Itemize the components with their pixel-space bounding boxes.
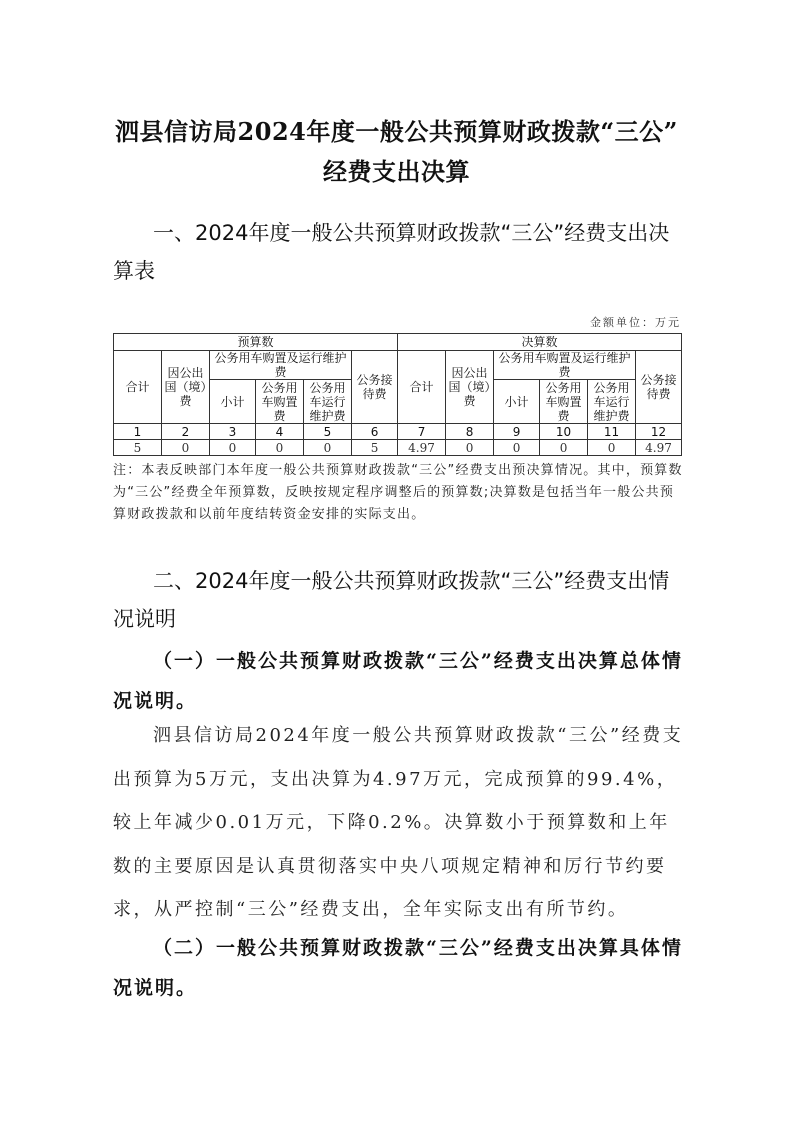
index-cell: 6 (352, 424, 398, 440)
final-vehicle-purchase-header: 公务用车购置费 (540, 380, 588, 424)
value-cell: 4.97 (398, 440, 446, 456)
final-abroad-header: 因公出国（境）费 (446, 351, 494, 424)
table-note: 注：本表反映部门本年度一般公共预算财政拨款“三公”经费支出预决算情况。其中，预算… (113, 460, 685, 526)
final-total-header: 合计 (398, 351, 446, 424)
value-cell: 5 (114, 440, 162, 456)
three-public-expense-table: 预算数 决算数 合计 因公出国（境）费 公务用车购置及运行维护费 公务接待费 合… (113, 333, 682, 456)
index-cell: 10 (540, 424, 588, 440)
budget-vehicle-purchase-header: 公务用车购置费 (256, 380, 304, 424)
final-group-header: 决算数 (398, 334, 682, 351)
index-cell: 8 (446, 424, 494, 440)
final-reception-header: 公务接待费 (636, 351, 682, 424)
index-cell: 4 (256, 424, 304, 440)
value-row: 5 0 0 0 0 5 4.97 0 0 0 0 4.97 (114, 440, 682, 456)
document-title-line1: 泗县信访局2024年度一般公共预算财政拨款“三公” (0, 112, 793, 147)
index-cell: 5 (304, 424, 352, 440)
subsection2-heading: （二）一般公共预算财政拨款“三公”经费支出决算具体情况说明。 (113, 928, 685, 1008)
index-cell: 11 (588, 424, 636, 440)
value-cell: 5 (352, 440, 398, 456)
budget-reception-header: 公务接待费 (352, 351, 398, 424)
budget-total-header: 合计 (114, 351, 162, 424)
final-vehicle-group-header: 公务用车购置及运行维护费 (494, 351, 636, 380)
budget-vehicle-group-header: 公务用车购置及运行维护费 (210, 351, 352, 380)
index-cell: 9 (494, 424, 540, 440)
index-cell: 12 (636, 424, 682, 440)
value-cell: 4.97 (636, 440, 682, 456)
section2-heading: 二、2024年度一般公共预算财政拨款“三公”经费支出情况说明 (113, 562, 685, 638)
subsection1-body: 泗县信访局2024年度一般公共预算财政拨款“三公”经费支出预算为5万元，支出决算… (113, 714, 685, 932)
budget-subtotal-header: 小计 (210, 380, 256, 424)
index-cell: 3 (210, 424, 256, 440)
unit-label: 金额单位：万元 (590, 314, 681, 330)
value-cell: 0 (540, 440, 588, 456)
value-cell: 0 (304, 440, 352, 456)
value-cell: 0 (210, 440, 256, 456)
index-cell: 7 (398, 424, 446, 440)
budget-group-header: 预算数 (114, 334, 398, 351)
final-vehicle-operation-header: 公务用车运行维护费 (588, 380, 636, 424)
value-cell: 0 (446, 440, 494, 456)
value-cell: 0 (162, 440, 210, 456)
section1-heading: 一、2024年度一般公共预算财政拨款“三公”经费支出决算表 (113, 214, 685, 290)
budget-vehicle-operation-header: 公务用车运行维护费 (304, 380, 352, 424)
index-cell: 2 (162, 424, 210, 440)
subsection1-heading: （一）一般公共预算财政拨款“三公”经费支出决算总体情况说明。 (113, 641, 685, 721)
value-cell: 0 (494, 440, 540, 456)
value-cell: 0 (256, 440, 304, 456)
document-title-line2: 经费支出决算 (0, 152, 793, 187)
value-cell: 0 (588, 440, 636, 456)
index-row: 1 2 3 4 5 6 7 8 9 10 11 12 (114, 424, 682, 440)
index-cell: 1 (114, 424, 162, 440)
final-subtotal-header: 小计 (494, 380, 540, 424)
budget-abroad-header: 因公出国（境）费 (162, 351, 210, 424)
